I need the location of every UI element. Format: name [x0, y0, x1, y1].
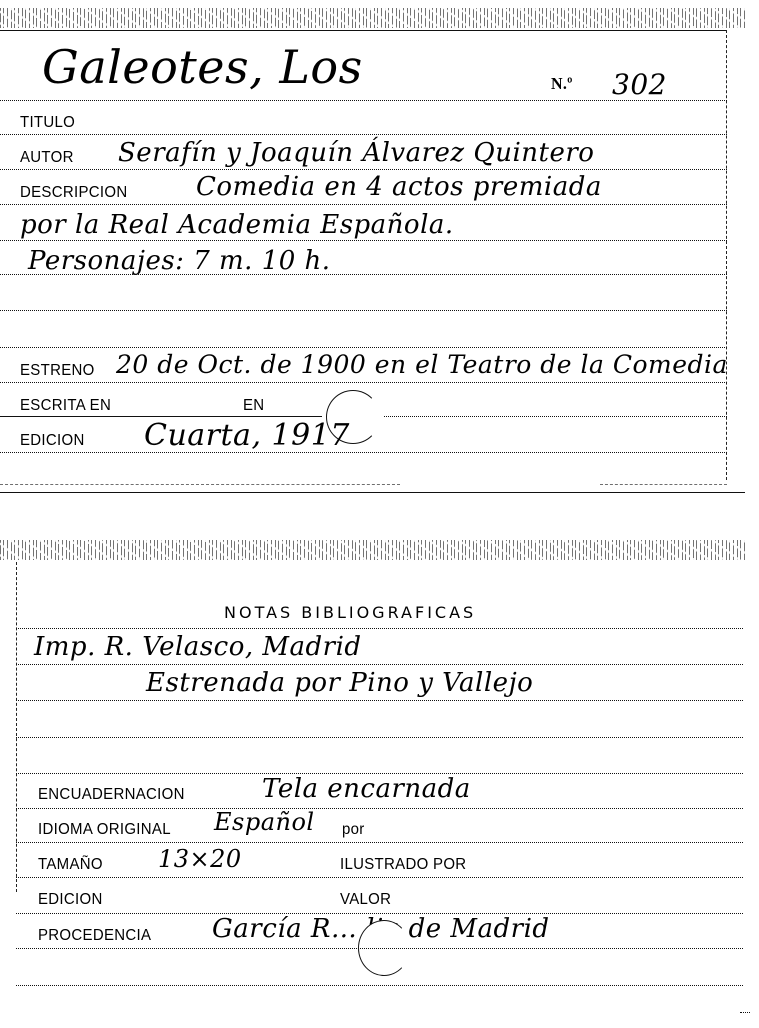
rule — [16, 877, 743, 878]
note-line-2: Estrenada por Pino y Vallejo — [146, 668, 533, 698]
rule — [0, 452, 727, 453]
notas-heading: NOTAS BIBLIOGRAFICAS — [224, 603, 476, 622]
estreno-value: 20 de Oct. de 1900 en el Teatro de la Co… — [116, 350, 728, 379]
card-right-border — [726, 30, 727, 480]
scan-edge-noise — [0, 540, 745, 560]
descripcion-label: DESCRIPCION — [20, 184, 127, 202]
card-top-border — [0, 30, 727, 31]
edge-mark — [740, 1012, 750, 1013]
card-bottom-border — [0, 492, 745, 493]
scan-edge-noise — [0, 8, 745, 28]
note-line-1: Imp. R. Velasco, Madrid — [34, 632, 362, 662]
estreno-label: ESTRENO — [20, 362, 95, 380]
rule — [16, 948, 743, 949]
rule — [16, 985, 743, 986]
rule — [0, 240, 727, 241]
idioma-original-label: IDIOMA ORIGINAL — [38, 821, 171, 839]
rule — [16, 628, 743, 629]
title-handwritten: Galeotes, Los — [42, 40, 363, 94]
en-label: EN — [243, 397, 264, 415]
rule — [0, 134, 727, 135]
idioma-por-label: por — [342, 821, 365, 839]
rule — [0, 382, 727, 383]
number-value: 302 — [612, 68, 667, 101]
autor-label: AUTOR — [20, 149, 74, 167]
rule — [16, 737, 743, 738]
idioma-original-value: Español — [214, 808, 315, 836]
titulo-label: TITULO — [20, 114, 75, 132]
descripcion-line-2: por la Real Academia Española. — [20, 210, 454, 240]
rule — [16, 664, 743, 665]
rule — [0, 310, 727, 311]
encuadernacion-value: Tela encarnada — [262, 774, 471, 804]
edicion-back-label: EDICION — [38, 891, 103, 909]
rule — [16, 808, 743, 809]
procedencia-label: PROCEDENCIA — [38, 927, 151, 945]
rule — [0, 100, 727, 101]
faded-rule — [600, 484, 727, 485]
encuadernacion-label: ENCUADERNACION — [38, 786, 185, 804]
rule — [0, 416, 322, 417]
edicion-label: EDICION — [20, 432, 85, 450]
rule — [0, 169, 727, 170]
rule — [0, 347, 727, 348]
rule — [16, 700, 743, 701]
descripcion-line-1: Comedia en 4 actos premiada — [196, 172, 602, 202]
escrita-en-label: ESCRITA EN — [20, 397, 111, 415]
tamano-label: TAMAÑO — [38, 856, 103, 874]
number-label: N.º — [551, 76, 573, 95]
rule — [16, 842, 743, 843]
valor-label: VALOR — [340, 891, 391, 909]
edicion-value: Cuarta, 1917 — [144, 418, 350, 453]
tamano-value: 13×20 — [158, 845, 242, 873]
rule — [0, 274, 727, 275]
rule — [384, 416, 727, 417]
rule — [0, 204, 727, 205]
autor-value: Serafín y Joaquín Álvarez Quintero — [118, 138, 594, 168]
faded-rule — [0, 484, 400, 485]
ilustrado-por-label: ILUSTRADO POR — [340, 856, 466, 874]
descripcion-line-3: Personajes: 7 m. 10 h. — [28, 246, 331, 276]
